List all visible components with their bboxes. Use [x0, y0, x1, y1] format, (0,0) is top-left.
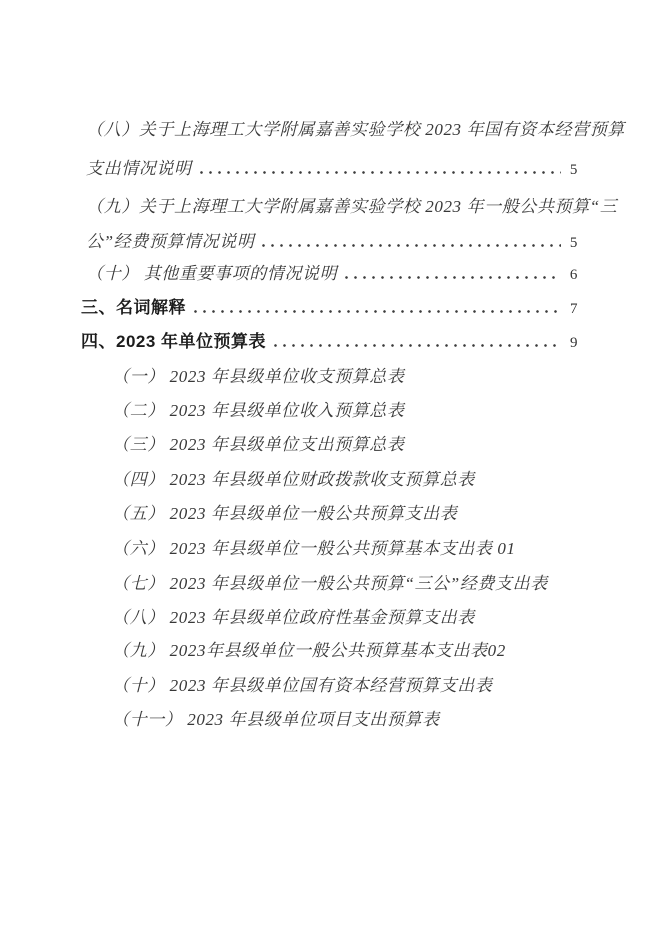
- toc-table-item-7: （七） 2023 年县级单位一般公共预算“三公”经费支出表: [112, 573, 548, 595]
- dot-leader: [262, 244, 561, 247]
- toc-section-3: 三、名词解释 7: [81, 297, 578, 319]
- toc-entry-text: 公”经费预算情况说明: [86, 231, 254, 253]
- toc-page-number: 6: [568, 264, 578, 286]
- toc-table-item-6: （六） 2023 年县级单位一般公共预算基本支出表 01: [112, 538, 516, 560]
- toc-table-item-9: （九） 2023年县级单位一般公共预算基本支出表02: [112, 640, 506, 662]
- toc-table-item-8: （八） 2023 年县级单位政府性基金预算支出表: [112, 607, 475, 629]
- toc-table-item-1: （一） 2023 年县级单位收支预算总表: [112, 366, 405, 388]
- toc-entry-text: （九） 2023年县级单位一般公共预算基本支出表02: [112, 640, 506, 662]
- toc-entry-text: （三） 2023 年县级单位支出预算总表: [112, 434, 405, 456]
- toc-entry-text: （六） 2023 年县级单位一般公共预算基本支出表 01: [112, 538, 516, 560]
- toc-page-number: 9: [568, 332, 578, 354]
- toc-entry-text: （一） 2023 年县级单位收支预算总表: [112, 366, 405, 388]
- toc-table-item-10: （十） 2023 年县级单位国有资本经营预算支出表: [112, 675, 493, 697]
- toc-entry-text: （十） 2023 年县级单位国有资本经营预算支出表: [112, 675, 493, 697]
- dot-leader: [345, 276, 561, 279]
- toc-entry-10: （十） 其他重要事项的情况说明 6: [86, 263, 578, 285]
- document-page: （八）关于上海理工大学附属嘉善实验学校 2023 年国有资本经营预算 支出情况说…: [0, 0, 662, 936]
- toc-page-number: 7: [568, 298, 578, 320]
- toc-entry-text: （八） 2023 年县级单位政府性基金预算支出表: [112, 607, 475, 629]
- toc-entry-text: （四） 2023 年县级单位财政拨款收支预算总表: [112, 469, 475, 491]
- dot-leader: [274, 344, 561, 347]
- toc-table-item-3: （三） 2023 年县级单位支出预算总表: [112, 434, 405, 456]
- toc-entry-text: （二） 2023 年县级单位收入预算总表: [112, 400, 405, 422]
- toc-entry-text: （八）关于上海理工大学附属嘉善实验学校 2023 年国有资本经营预算: [86, 119, 625, 141]
- toc-entry-text: 支出情况说明: [86, 158, 192, 180]
- toc-table-item-11: （十一） 2023 年县级单位项目支出预算表: [112, 709, 440, 731]
- toc-entry-8-line2: 支出情况说明 5: [86, 158, 578, 180]
- toc-page-number: 5: [568, 159, 578, 181]
- toc-entry-text: （九）关于上海理工大学附属嘉善实验学校 2023 年一般公共预算“三: [86, 196, 617, 218]
- toc-table-item-2: （二） 2023 年县级单位收入预算总表: [112, 400, 405, 422]
- toc-section-4: 四、2023 年单位预算表 9: [81, 331, 578, 353]
- toc-entry-9-line2: 公”经费预算情况说明 5: [86, 231, 578, 253]
- toc-entry-text: （五） 2023 年县级单位一般公共预算支出表: [112, 503, 457, 525]
- toc-section-title: 三、名词解释: [81, 297, 186, 319]
- toc-entry-8-line1: （八）关于上海理工大学附属嘉善实验学校 2023 年国有资本经营预算: [86, 119, 578, 141]
- toc-table-item-4: （四） 2023 年县级单位财政拨款收支预算总表: [112, 469, 475, 491]
- toc-page-number: 5: [568, 232, 578, 254]
- toc-section-title: 四、2023 年单位预算表: [81, 331, 266, 353]
- toc-table-item-5: （五） 2023 年县级单位一般公共预算支出表: [112, 503, 457, 525]
- dot-leader: [200, 171, 561, 174]
- toc-entry-text: （七） 2023 年县级单位一般公共预算“三公”经费支出表: [112, 573, 548, 595]
- toc-entry-text: （十一） 2023 年县级单位项目支出预算表: [112, 709, 440, 731]
- dot-leader: [194, 310, 561, 313]
- toc-entry-text: （十） 其他重要事项的情况说明: [86, 263, 337, 285]
- toc-entry-9-line1: （九）关于上海理工大学附属嘉善实验学校 2023 年一般公共预算“三: [86, 196, 578, 218]
